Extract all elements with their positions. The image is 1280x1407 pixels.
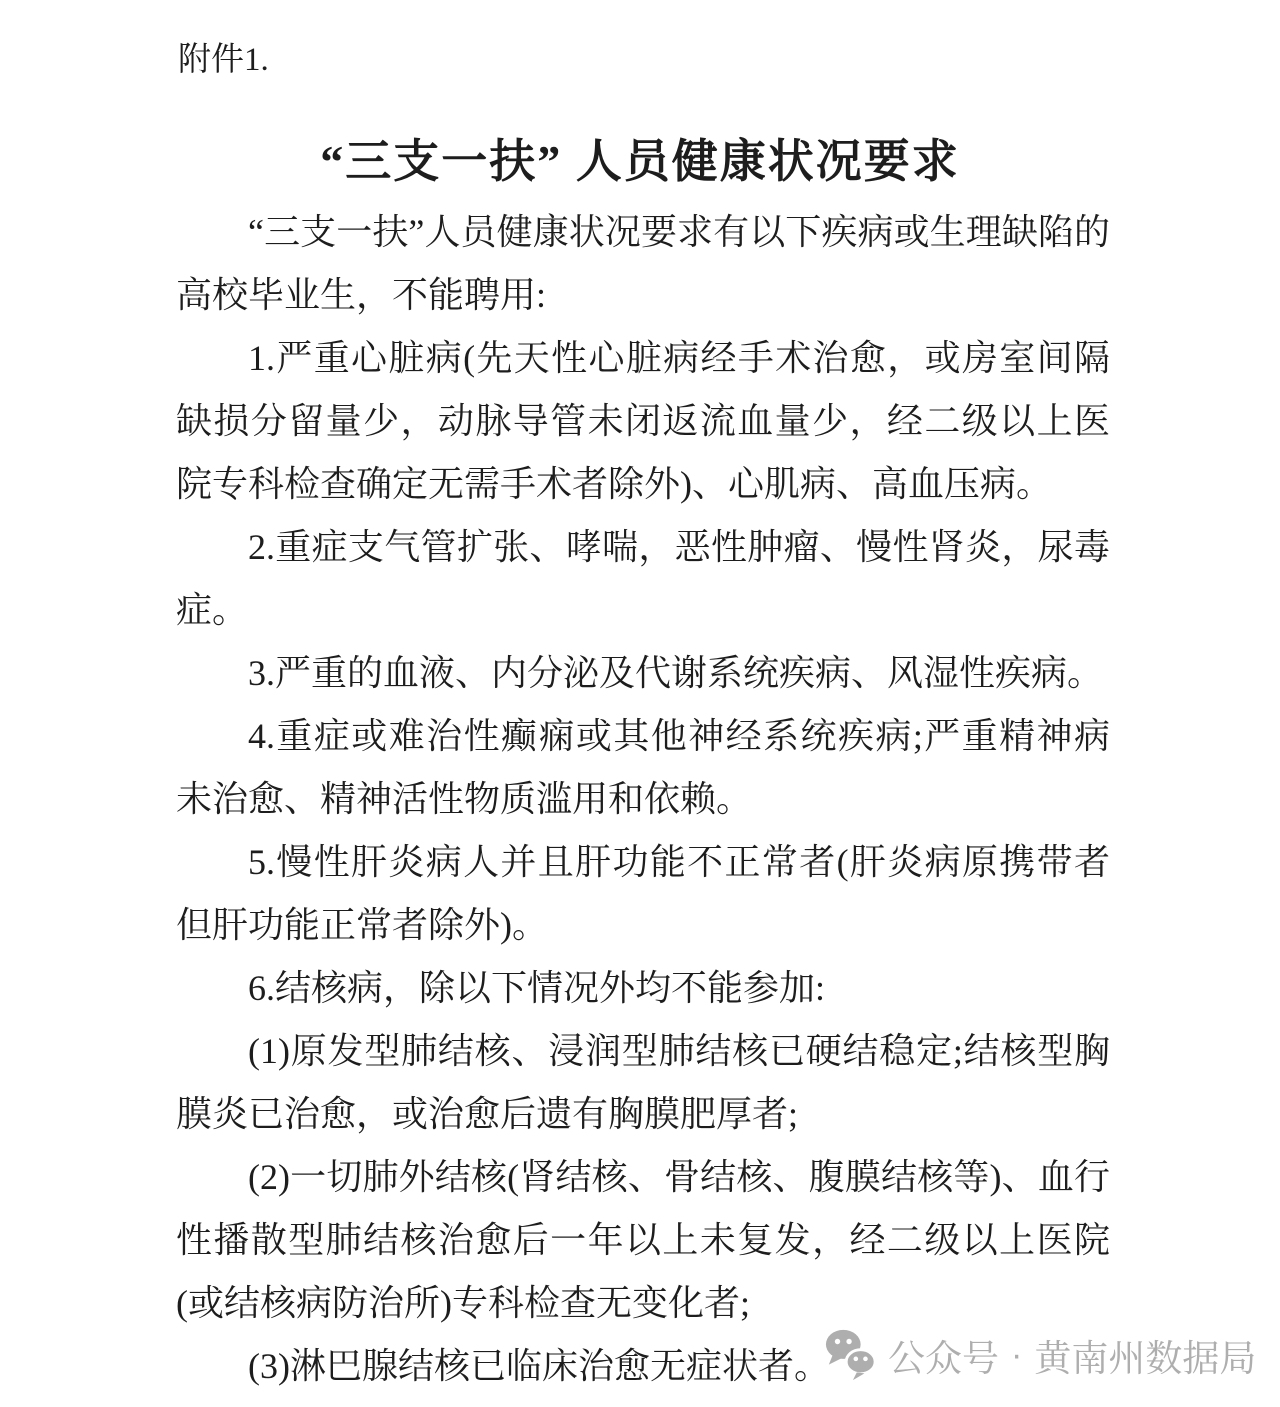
document-title: “三支一扶” 人员健康状况要求 <box>0 131 1280 193</box>
item-3-paragraph: 3.严重的血液、内分泌及代谢系统疾病、风湿性疾病。 <box>176 642 1110 705</box>
wechat-icon <box>824 1328 878 1382</box>
watermark-separator: · <box>1011 1336 1022 1375</box>
attachment-label: 附件1. <box>178 40 269 80</box>
intro-paragraph: “三支一扶”人员健康状况要求有以下疾病或生理缺陷的高校毕业生，不能聘用: <box>176 201 1110 327</box>
item-1-paragraph: 1.严重心脏病(先天性心脏病经手术治愈，或房室间隔缺损分留量少，动脉导管未闭返流… <box>176 327 1110 516</box>
item-4-paragraph: 4.重症或难治性癫痫或其他神经系统疾病;严重精神病未治愈、精神活性物质滥用和依赖… <box>176 705 1110 831</box>
item-6-paragraph: 6.结核病，除以下情况外均不能参加: <box>176 957 1110 1020</box>
item-6-sub-2-paragraph: (2)一切肺外结核(肾结核、骨结核、腹膜结核等)、血行性播散型肺结核治愈后一年以… <box>176 1146 1110 1335</box>
item-5-paragraph: 5.慢性肝炎病人并且肝功能不正常者(肝炎病原携带者但肝功能正常者除外)。 <box>176 831 1110 957</box>
item-2-paragraph: 2.重症支气管扩张、哮喘，恶性肿瘤、慢性肾炎，尿毒症。 <box>176 516 1110 642</box>
item-6-sub-1-paragraph: (1)原发型肺结核、浸润型肺结核已硬结稳定;结核型胸膜炎已治愈，或治愈后遗有胸膜… <box>176 1020 1110 1146</box>
watermark-account: 黄南州数据局 <box>1034 1328 1256 1382</box>
document-page: 附件1. “三支一扶” 人员健康状况要求 “三支一扶”人员健康状况要求有以下疾病… <box>0 0 1280 1407</box>
watermark-label: 公众号 <box>888 1328 999 1382</box>
wechat-watermark: 公众号 · 黄南州数据局 <box>824 1327 1256 1383</box>
document-body: “三支一扶”人员健康状况要求有以下疾病或生理缺陷的高校毕业生，不能聘用: 1.严… <box>176 201 1110 1398</box>
